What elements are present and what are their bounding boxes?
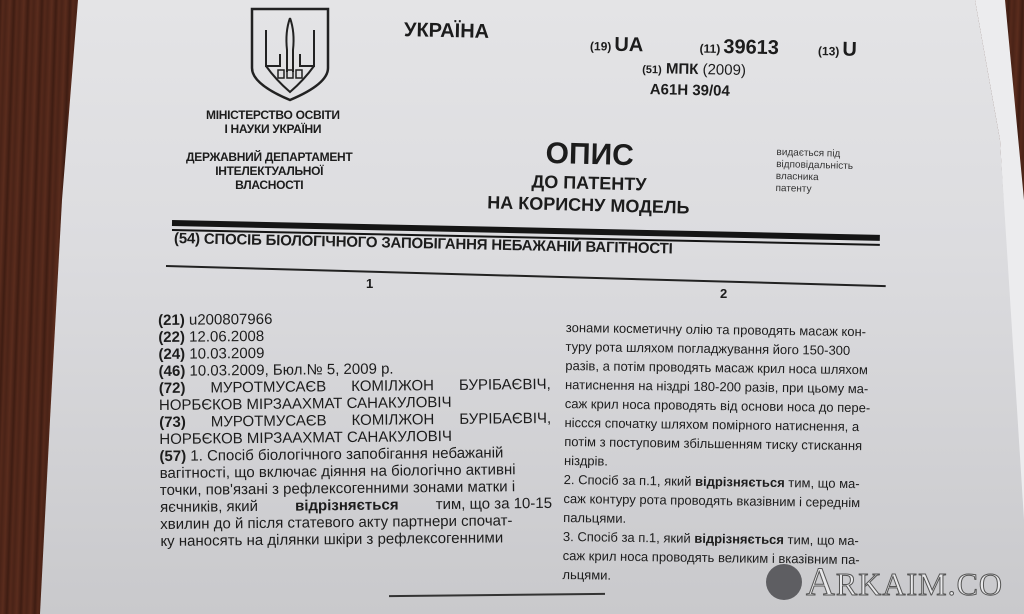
kind-code-label: (13) [818,44,840,58]
title-main: ОПИС [488,135,691,174]
column-number-1: 1 [366,276,373,291]
watermark-rest: RKAIM [836,566,948,602]
ipc-classification: (51) МПК (2009) A61H 39/04 [642,59,747,102]
country-name: УКРАЇНА [404,19,490,44]
publication-info: 10.03.2009, Бюл.№ 5, 2009 р. [189,361,393,380]
watermark-initial: A [806,559,836,604]
effective-date: 10.03.2009 [189,345,264,363]
claim-text: яєчників, який [160,498,258,516]
ipc-class: A61H 39/04 [650,81,730,100]
field-code: (72) [159,380,186,397]
department-line-3: ВЛАСНОСТІ [186,178,352,192]
column-1-text: (21) u200807966 (22) 12.06.2008 (24) 10.… [158,308,552,550]
claim-text: тим, що за 10-15 [436,495,553,513]
inventor-patronymic: БУРІБАЄВІЧ, [459,376,551,394]
department-name: ДЕРЖАВНИЙ ДЕПАРТАМЕНТ ІНТЕЛЕКТУАЛЬНОЇ ВЛ… [186,150,352,192]
claim-emphasis: відрізняється [295,496,399,514]
watermark-circle-icon [766,564,802,600]
ministry-name: МІНІСТЕРСТВО ОСВІТИ І НАУКИ УКРАЇНИ [206,108,340,136]
claim-text: 3. Спосіб за п.1, який [563,527,691,548]
field-code: (22) [158,329,185,346]
country-code: UA [614,34,643,57]
inventor-surname: МУРОТМУСАЄВ [210,378,326,396]
note-line-4: патенту [775,183,852,197]
ipc-title: МПК [666,60,699,78]
responsibility-note: видається під відповідальність власника … [775,147,853,197]
ministry-line-1: МІНІСТЕРСТВО ОСВІТИ [206,108,340,122]
department-line-1: ДЕРЖАВНИЙ ДЕПАРТАМЕНТ [186,150,352,164]
patent-number: 39613 [723,36,779,59]
owner-patronymic: БУРІБАЄВІЧ, [459,410,551,428]
arkaim-watermark: ARKAIM.CO [766,558,1003,605]
ipc-year: (2009) [702,61,746,79]
owner-surname: МУРОТМУСАЄВ [211,412,327,430]
filing-date: 12.06.2008 [189,328,264,346]
field-code: (24) [158,346,185,363]
column-number-2: 2 [720,286,727,301]
claim-emphasis: відрізняється [695,472,785,492]
claim-text: тим, що ма- [788,473,860,493]
field-code: (73) [159,414,186,431]
field-code: (57) [159,448,186,465]
patent-number-label: (11) [699,42,720,56]
kind-code: U [842,38,857,60]
column-2-text: зонами косметичну олію та проводять маса… [562,318,896,589]
watermark-domain: .CO [948,566,1003,602]
inventor-name: КОМІЛЖОН [351,377,434,395]
department-line-2: ІНТЕЛЕКТУАЛЬНОЇ [186,164,352,178]
ukraine-coat-of-arms-icon [248,6,332,102]
claim-emphasis: відрізняється [694,529,784,549]
field-code: (21) [158,312,185,329]
claim-text: 2. Спосіб за п.1, який [564,470,692,491]
owner-name: КОМІЛЖОН [351,411,434,429]
field-code: (46) [159,363,186,380]
application-number: u200807966 [189,311,273,329]
country-code-label: (19) [590,39,612,53]
watermark-text: ARKAIM.CO [806,558,1003,605]
ministry-line-2: І НАУКИ УКРАЇНИ [206,122,340,136]
document-title: ОПИС ДО ПАТЕНТУ НА КОРИСНУ МОДЕЛЬ [487,135,691,218]
ipc-label: (51) [642,64,662,76]
claim-text: тим, що ма- [787,530,859,550]
